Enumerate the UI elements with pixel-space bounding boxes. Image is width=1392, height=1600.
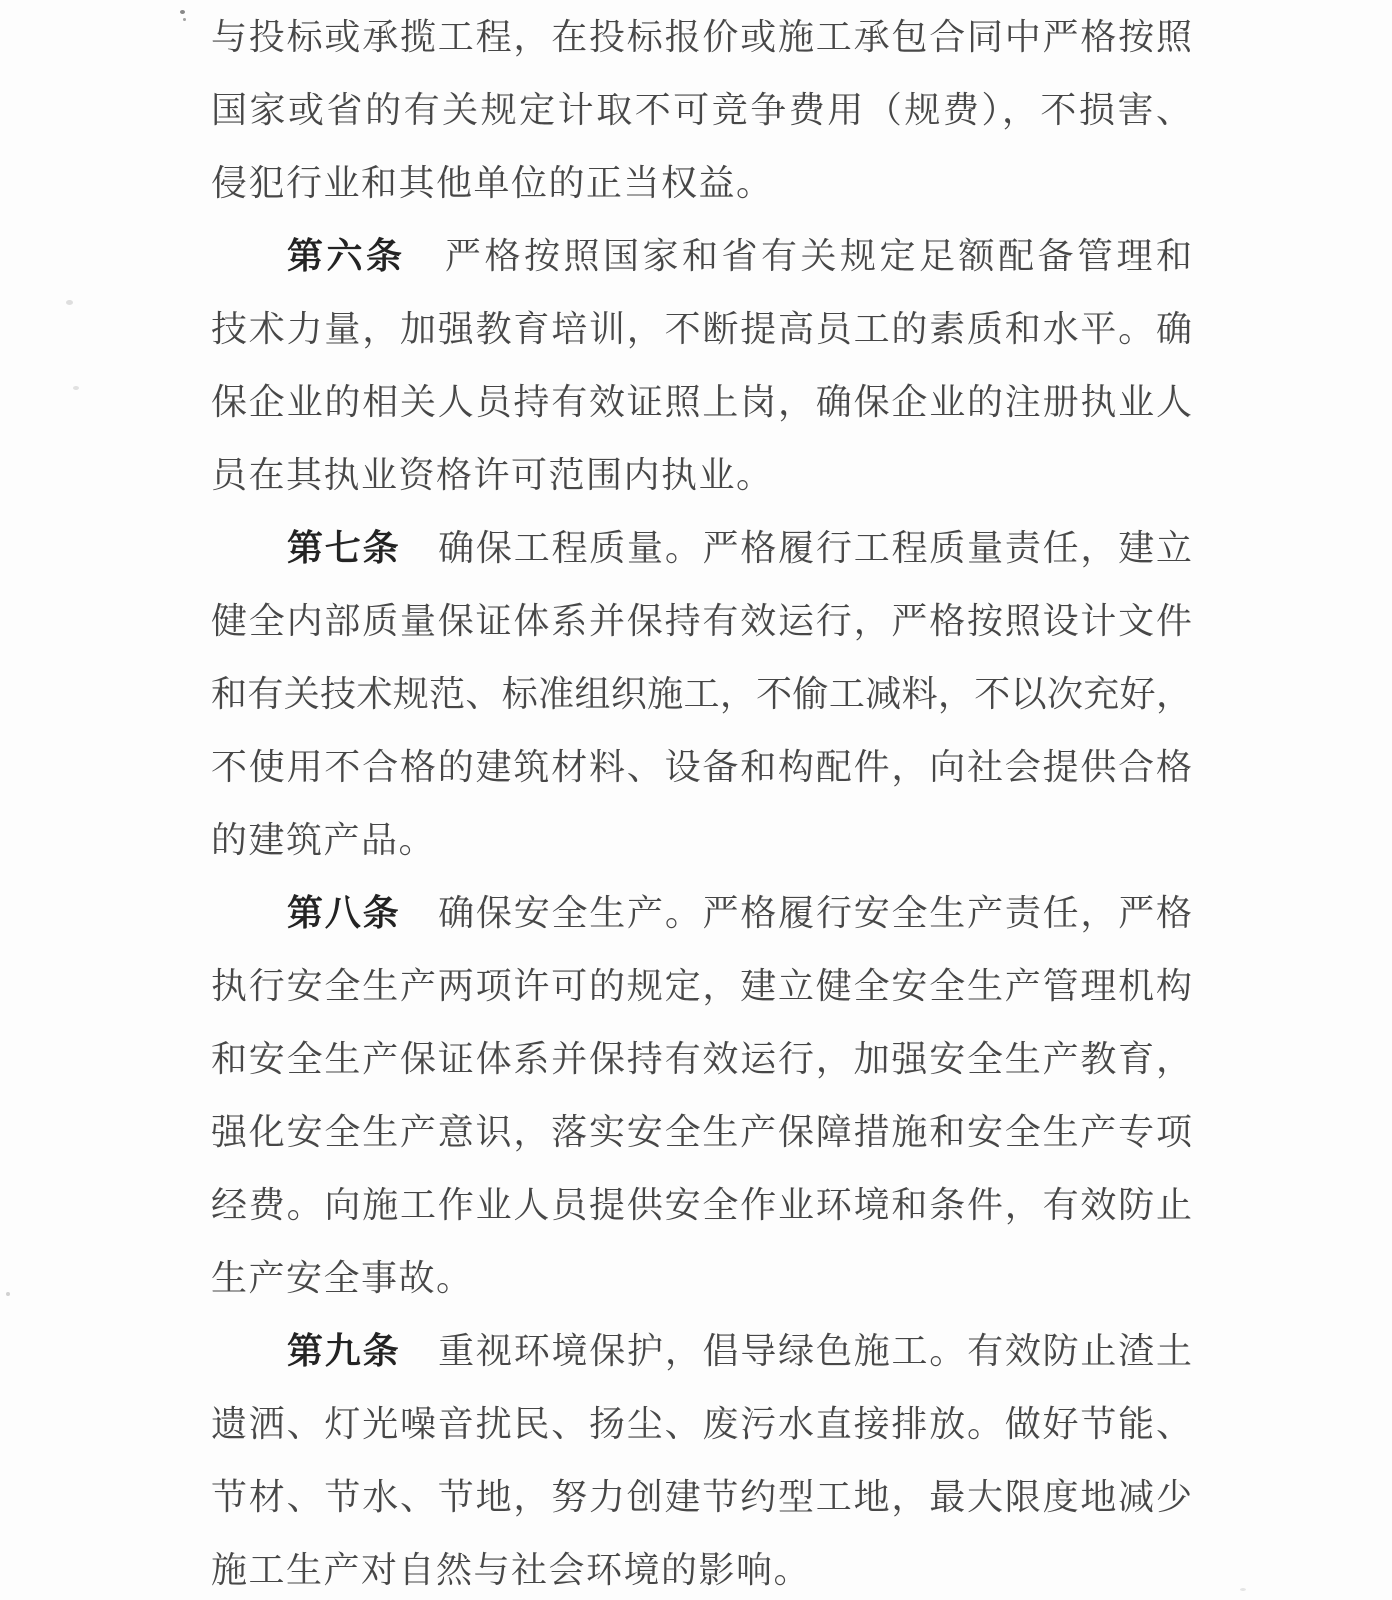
document-text-block: 与投标或承揽工程，在投标报价或施工承包合同中严格按照国家或省的有关规定计取不可竞…: [211, 1, 1192, 1600]
line-text: 保企业的相关人员持有效证照上岗，确保企业的注册执业人: [211, 382, 1192, 422]
text-line: 和有关技术规范、标准组织施工，不偷工减料，不以次充好，: [211, 658, 1192, 731]
text-line: 施工生产对自然与社会环境的影响。: [211, 1534, 1192, 1600]
line-text: 经费。向施工作业人员提供安全作业环境和条件，有效防止: [211, 1185, 1192, 1225]
line-text: 生产安全事故。: [211, 1258, 474, 1298]
line-text: 的建筑产品。: [211, 820, 436, 860]
article-number-heading: 第九条: [287, 1331, 400, 1371]
text-line: 执行安全生产两项许可的规定，建立健全安全生产管理机构: [211, 950, 1192, 1023]
text-line: 技术力量，加强教育培训，不断提高员工的素质和水平。确: [211, 293, 1192, 366]
line-text: 不使用不合格的建筑材料、设备和构配件，向社会提供合格: [211, 747, 1192, 787]
text-line: 节材、节水、节地，努力创建节约型工地，最大限度地减少: [211, 1461, 1192, 1534]
line-text: 和有关技术规范、标准组织施工，不偷工减料，不以次充好，: [211, 674, 1192, 714]
article-line: 第九条重视环境保护，倡导绿色施工。有效防止渣土: [211, 1315, 1192, 1388]
text-line: 生产安全事故。: [211, 1242, 1192, 1315]
line-text: 员在其执业资格许可范围内执业。: [211, 455, 774, 495]
line-text: 国家或省的有关规定计取不可竞争费用（规费），不损害、: [211, 90, 1192, 130]
article-line: 第八条确保安全生产。严格履行安全生产责任，严格: [211, 877, 1192, 950]
text-line: 遗洒、灯光噪音扰民、扬尘、废污水直接排放。做好节能、: [211, 1388, 1192, 1461]
article-line: 第七条确保工程质量。严格履行工程质量责任，建立: [211, 512, 1192, 585]
text-line: 经费。向施工作业人员提供安全作业环境和条件，有效防止: [211, 1169, 1192, 1242]
text-line: 与投标或承揽工程，在投标报价或施工承包合同中严格按照: [211, 1, 1192, 74]
line-text: 确保安全生产。严格履行安全生产责任，严格: [436, 893, 1192, 933]
text-line: 的建筑产品。: [211, 804, 1192, 877]
article-number-heading: 第六条: [287, 236, 406, 276]
scan-speck: [180, 10, 185, 14]
scan-speck: [66, 300, 73, 305]
line-text: 与投标或承揽工程，在投标报价或施工承包合同中严格按照: [211, 17, 1192, 57]
line-text: 和安全生产保证体系并保持有效运行，加强安全生产教育，: [211, 1039, 1192, 1079]
line-text: 施工生产对自然与社会环境的影响。: [211, 1550, 811, 1590]
article-number-heading: 第八条: [287, 893, 400, 933]
article-number-heading: 第七条: [287, 528, 400, 568]
scan-speck: [1240, 1588, 1246, 1591]
text-line: 保企业的相关人员持有效证照上岗，确保企业的注册执业人: [211, 366, 1192, 439]
line-text: 执行安全生产两项许可的规定，建立健全安全生产管理机构: [211, 966, 1192, 1006]
line-text: 技术力量，加强教育培训，不断提高员工的素质和水平。确: [211, 309, 1192, 349]
text-line: 员在其执业资格许可范围内执业。: [211, 439, 1192, 512]
text-line: 和安全生产保证体系并保持有效运行，加强安全生产教育，: [211, 1023, 1192, 1096]
line-text: 重视环境保护，倡导绿色施工。有效防止渣土: [436, 1331, 1192, 1371]
line-text: 强化安全生产意识，落实安全生产保障措施和安全生产专项: [211, 1112, 1192, 1152]
scan-speck: [73, 386, 79, 390]
line-text: 节材、节水、节地，努力创建节约型工地，最大限度地减少: [211, 1477, 1192, 1517]
text-line: 国家或省的有关规定计取不可竞争费用（规费），不损害、: [211, 74, 1192, 147]
text-line: 不使用不合格的建筑材料、设备和构配件，向社会提供合格: [211, 731, 1192, 804]
line-text: 侵犯行业和其他单位的正当权益。: [211, 163, 774, 203]
text-line: 健全内部质量保证体系并保持有效运行，严格按照设计文件: [211, 585, 1192, 658]
scanned-document-page: 与投标或承揽工程，在投标报价或施工承包合同中严格按照国家或省的有关规定计取不可竞…: [0, 0, 1392, 1600]
line-text: 健全内部质量保证体系并保持有效运行，严格按照设计文件: [211, 601, 1192, 641]
line-text: 严格按照国家和省有关规定足额配备管理和: [442, 236, 1192, 276]
scan-speck: [6, 1292, 10, 1296]
text-line: 侵犯行业和其他单位的正当权益。: [211, 147, 1192, 220]
line-text: 确保工程质量。严格履行工程质量责任，建立: [436, 528, 1192, 568]
article-line: 第六条严格按照国家和省有关规定足额配备管理和: [211, 220, 1192, 293]
text-line: 强化安全生产意识，落实安全生产保障措施和安全生产专项: [211, 1096, 1192, 1169]
line-text: 遗洒、灯光噪音扰民、扬尘、废污水直接排放。做好节能、: [211, 1404, 1192, 1444]
scan-speck: [183, 18, 186, 21]
